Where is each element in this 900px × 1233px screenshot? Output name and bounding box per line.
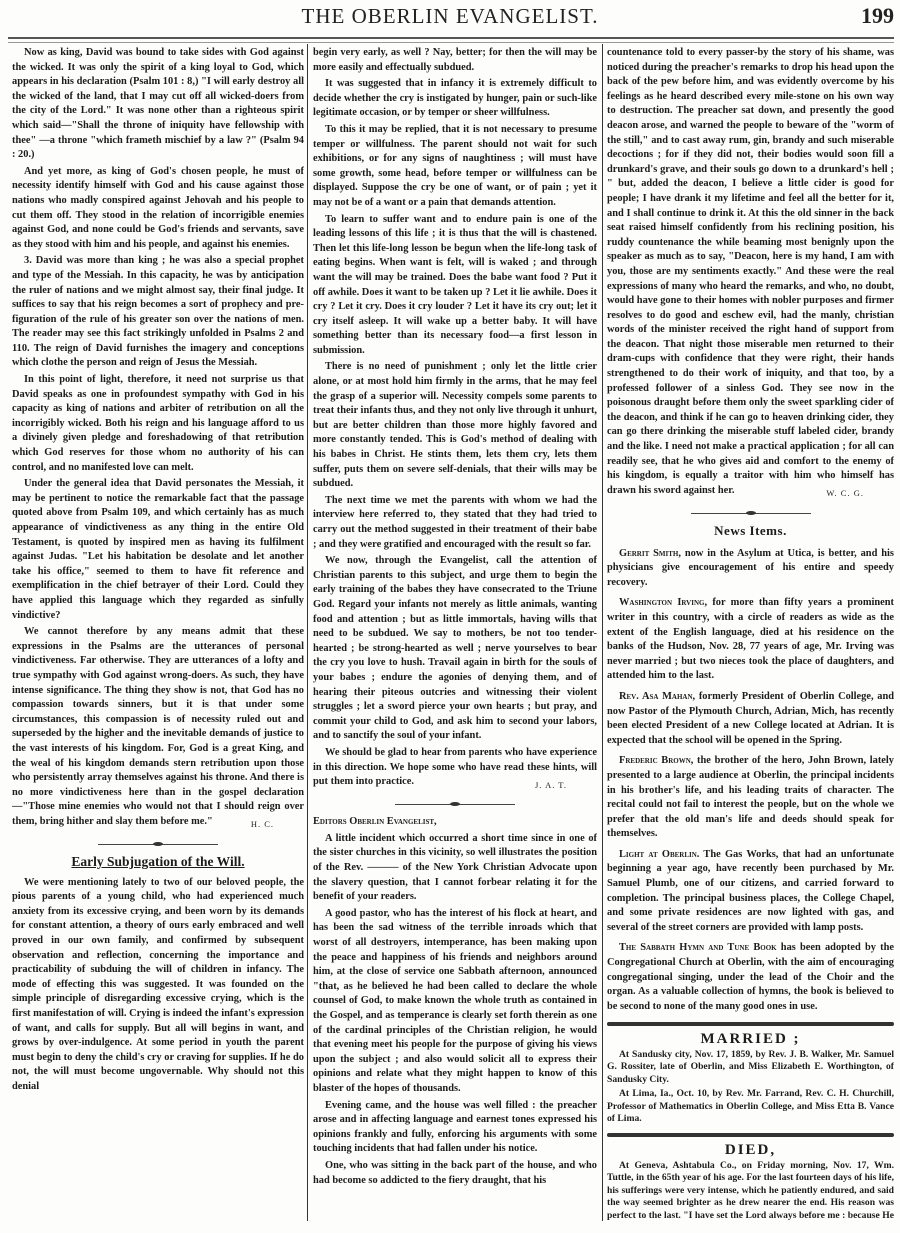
news-item-lead: Gerrit Smith, — [619, 548, 681, 559]
news-item: Light at Oberlin. The Gas Works, that ha… — [607, 848, 894, 936]
news-item: Frederic Brown, the brother of the hero,… — [607, 754, 894, 842]
letter-paragraph: A little incident which occurred a short… — [313, 832, 597, 905]
article-paragraph: The next time we met the parents with wh… — [313, 494, 597, 552]
letter-salutation: Editors Oberlin Evangelist, — [313, 815, 597, 830]
newspaper-title: THE OBERLIN EVANGELIST. — [0, 4, 900, 29]
married-entry: At Sandusky city, Nov. 17, 1859, by Rev.… — [607, 1049, 894, 1086]
article-paragraph: It was suggested that in infancy it is e… — [313, 77, 597, 121]
news-item-text: for more than fifty years a prominent wr… — [607, 597, 894, 681]
column-2: begin very early, as well ? Nay, better;… — [313, 46, 597, 1223]
died-entry: At Geneva, Ashtabula Co., on Friday morn… — [607, 1160, 894, 1223]
section-divider — [98, 844, 218, 847]
article-paragraph: And yet more, as king of God's chosen pe… — [12, 165, 304, 253]
news-item-lead: Washington Irving, — [619, 597, 707, 608]
article-paragraph: Under the general idea that David person… — [12, 477, 304, 623]
news-item-lead: The Sabbath Hymn and Tune Book — [619, 942, 777, 953]
article-paragraph: Now as king, David was bound to take sid… — [12, 46, 304, 163]
news-item-text: The Gas Works, that had an unfortunate b… — [607, 849, 894, 933]
article-title: Early Subjugation of the Will. — [12, 855, 304, 870]
column-divider — [602, 44, 603, 1221]
article-paragraph: We now, through the Evangelist, call the… — [313, 554, 597, 744]
article-paragraph: To this it may be replied, that it is no… — [313, 123, 597, 211]
section-rule — [607, 1133, 894, 1137]
news-item-text: the brother of the hero, John Brown, lat… — [607, 755, 894, 839]
married-title: MARRIED ; — [607, 1032, 894, 1047]
news-item-lead: Rev. Asa Mahan, — [619, 691, 695, 702]
column-3: countenance told to every passer-by the … — [607, 46, 894, 1223]
news-item-lead: Frederic Brown, — [619, 755, 693, 766]
section-divider — [691, 513, 811, 516]
letter-paragraph: Evening came, and the house was well fil… — [313, 1099, 597, 1157]
article-paragraph: In this point of light, therefore, it ne… — [12, 373, 304, 475]
news-items: Gerrit Smith, now in the Asylum at Utica… — [607, 547, 894, 1015]
section-rule — [607, 1022, 894, 1026]
news-items-title: News Items. — [607, 524, 894, 539]
news-item: Washington Irving, for more than fifty y… — [607, 596, 894, 684]
married-entry: At Lima, Ia., Oct. 10, by Rev. Mr. Farra… — [607, 1088, 894, 1125]
column-divider — [307, 44, 308, 1221]
article-paragraph: 3. David was more than king ; he was als… — [12, 254, 304, 371]
letter-paragraph: One, who was sitting in the back part of… — [313, 1159, 597, 1188]
letter-paragraph: countenance told to every passer-by the … — [607, 46, 894, 498]
article-paragraph: begin very early, as well ? Nay, better;… — [313, 46, 597, 75]
section-divider — [395, 804, 515, 807]
article-paragraph: To learn to suffer want and to endure pa… — [313, 213, 597, 359]
column-1: Now as king, David was bound to take sid… — [12, 46, 304, 1223]
masthead: THE OBERLIN EVANGELIST. 199 — [0, 0, 900, 40]
article-paragraph: We cannot therefore by any means admit t… — [12, 625, 304, 829]
news-item: The Sabbath Hymn and Tune Book has been … — [607, 941, 894, 1014]
page-number: 199 — [861, 3, 894, 29]
news-item-lead: Light at Oberlin. — [619, 849, 699, 860]
died-title: DIED, — [607, 1143, 894, 1158]
article-paragraph: There is no need of punishment ; only le… — [313, 360, 597, 491]
news-item: Rev. Asa Mahan, formerly President of Ob… — [607, 690, 894, 748]
article-paragraph: We were mentioning lately to two of our … — [12, 876, 304, 1095]
letter-paragraph: A good pastor, who has the interest of h… — [313, 907, 597, 1097]
news-item: Gerrit Smith, now in the Asylum at Utica… — [607, 547, 894, 591]
header-rule — [8, 37, 894, 43]
